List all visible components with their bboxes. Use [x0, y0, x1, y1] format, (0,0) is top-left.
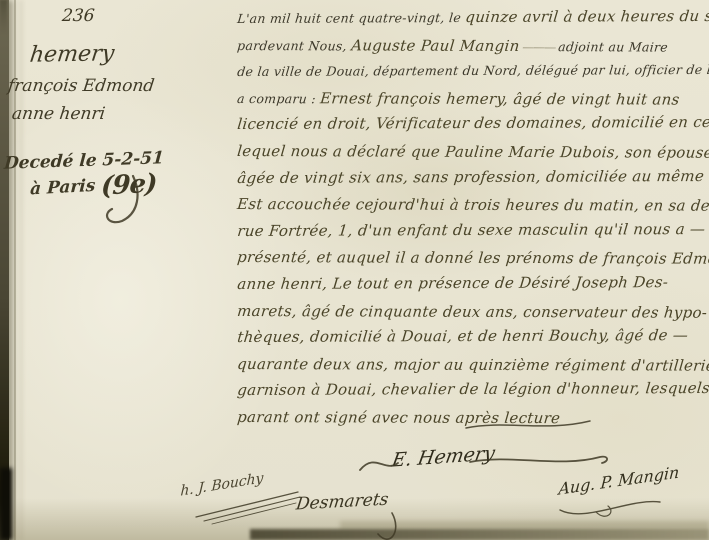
- margin-death-arrondissement: (9e): [100, 169, 157, 202]
- record-line-segment: a comparu :: [237, 91, 321, 106]
- record-line: garnison à Douai, chevalier de la légion…: [236, 375, 709, 404]
- record-line: Est accouchée cejourd'hui à trois heures…: [236, 191, 708, 219]
- record-line-segment: de la ville de Douai, département du Nor…: [237, 62, 709, 79]
- signature-hemery: E. Hemery: [390, 442, 497, 472]
- record-line-segment: parant ont signé avec nous après lecture: [236, 408, 561, 427]
- record-line: parant ont signé avec nous après lecture: [236, 404, 708, 432]
- record-line-segment: Est accouchée cejourd'hui à trois heures…: [236, 195, 709, 215]
- margin-given-names-1: françois Edmond: [7, 76, 156, 96]
- bottom-scan-band: [250, 529, 709, 540]
- record-line-segment: Auguste Paul Mangin: [350, 36, 520, 55]
- margin-surname: hemery: [28, 41, 115, 67]
- record-line-segment: anne henri, Le tout en présence de Désir…: [236, 273, 669, 293]
- record-line-segment: quinze avril à deux heures du soir: [465, 7, 709, 26]
- record-line-segment: licencié en droit, Vérificateur des doma…: [236, 113, 709, 133]
- margin-given-names-2: anne henri: [11, 104, 106, 124]
- body-lines: L'an mil huit cent quatre-vingt, le quin…: [236, 5, 706, 431]
- record-line-segment: Ernest françois hemery, âgé de vingt hui…: [319, 89, 680, 108]
- record-number: 236: [61, 6, 95, 26]
- record-line-segment: rue Fortrée, 1, d'un enfant du sexe masc…: [236, 220, 706, 240]
- record-line: anne henri, Le tout en présence de Désir…: [236, 269, 709, 298]
- record-line: rue Fortrée, 1, d'un enfant du sexe masc…: [236, 216, 709, 245]
- civil-record-scan: 236 hemery françois Edmond anne henri De…: [0, 0, 709, 540]
- record-line-segment: présenté, et auquel il a donné les préno…: [236, 248, 709, 268]
- record-line-segment: pardevant Nous,: [237, 38, 352, 53]
- margin-death-note-line2: à Paris (9e): [29, 169, 157, 206]
- margin-death-city: à Paris: [30, 176, 96, 199]
- record-line-segment: lequel nous a déclaré que Pauline Marie …: [236, 142, 709, 162]
- record-line-segment: adjoint au Maire: [558, 39, 669, 54]
- signature-bouchy: h. J. Bouchy: [180, 470, 264, 499]
- record-line: lequel nous a déclaré que Pauline Marie …: [236, 138, 708, 166]
- record-line-segment: L'an mil huit cent quatre-vingt, le: [237, 10, 467, 26]
- signature-mangin: Aug. P. Mangin: [558, 462, 680, 498]
- record-line-segment: ———: [519, 40, 559, 54]
- bottom-left-corner-shadow: [0, 468, 12, 540]
- record-line-segment: quarante deux ans, major au quinzième ré…: [236, 355, 709, 375]
- record-line-segment: âgée de vingt six ans, sans profession, …: [236, 166, 709, 186]
- scan-edge-mark: [0, 0, 7, 34]
- record-line-segment: garnison à Douai, chevalier de la légion…: [236, 379, 709, 399]
- record-line: de la ville de Douai, département du Nor…: [236, 56, 709, 85]
- record-line: thèques, domicilié à Douai, et de henri …: [236, 322, 709, 351]
- record-line: âgée de vingt six ans, sans profession, …: [236, 163, 709, 192]
- record-line-segment: marets, âgé de cinquante deux ans, conse…: [236, 302, 708, 322]
- record-line: licencié en droit, Vérificateur des doma…: [236, 109, 709, 138]
- record-line: L'an mil huit cent quatre-vingt, le quin…: [236, 3, 709, 32]
- record-line-segment: thèques, domicilié à Douai, et de henri …: [236, 326, 689, 346]
